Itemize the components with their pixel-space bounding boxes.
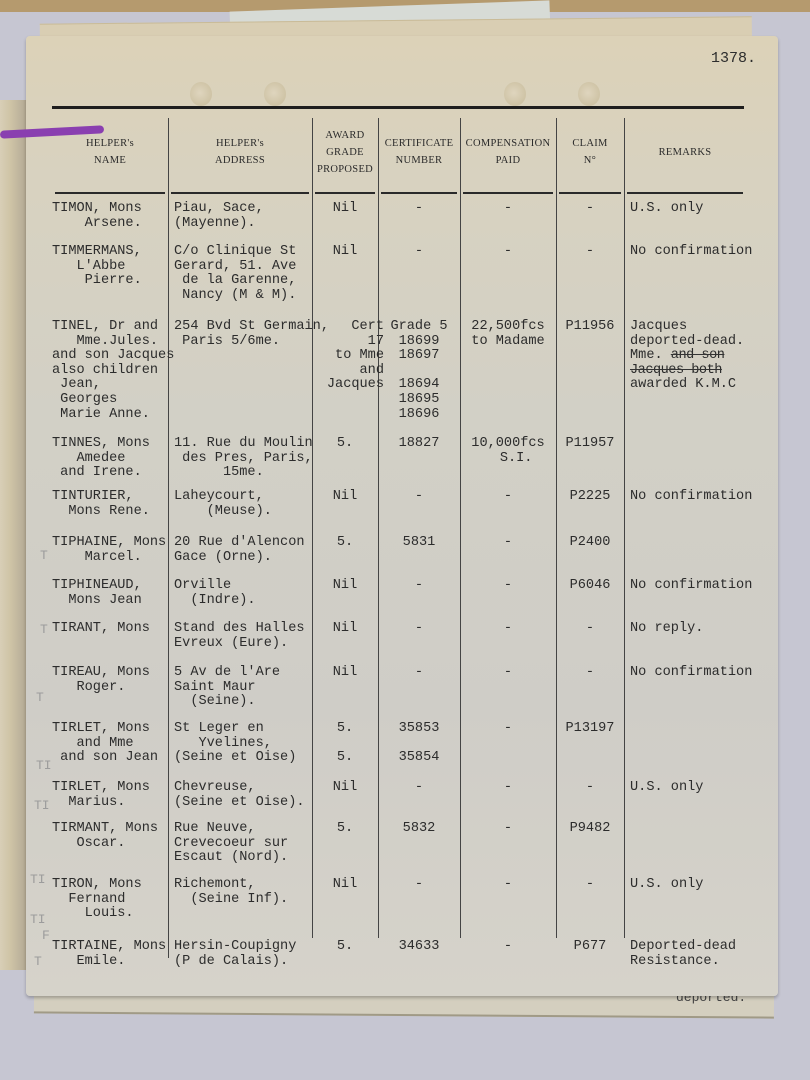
margin-fragment: T [40,622,48,637]
column-header-line: ADDRESS [168,152,312,169]
row-0-certificate: - [378,202,460,217]
column-header-line: REMARKS [624,144,746,161]
row-8-certificate: - [378,666,460,681]
row-8-claim: - [556,666,624,681]
column-header-address: HELPER'sADDRESS [168,112,312,192]
remarks-line: Mme. and son [630,349,744,364]
row-10-name: TIRLET, Mons Marius. [52,781,150,810]
row-0-grade: Nil [312,202,378,217]
row-8-remarks: No confirmation [630,666,752,681]
row-0-name: TIMON, Mons Arsene. [52,202,142,231]
margin-fragment: TI [30,872,46,887]
column-divider [556,118,557,938]
row-1-address: C/o Clinique St Gerard, 51. Ave de la Ga… [174,245,296,303]
header-underline [55,192,165,194]
row-11-compensation: - [460,822,556,837]
row-4-name: TINTURIER, Mons Rene. [52,490,150,519]
header-underline [559,192,621,194]
column-header-line: HELPER's [168,135,312,152]
margin-fragment: F [42,928,50,943]
row-11-name: TIRMANT, Mons Oscar. [52,822,158,851]
column-header-grade: AWARDGRADEPROPOSED [312,112,378,192]
page-number: 1378. [711,50,756,67]
column-header-line: CLAIM [556,135,624,152]
column-header-line: PROPOSED [312,161,378,178]
row-12-remarks: U.S. only [630,878,703,893]
row-1-grade: Nil [312,245,378,260]
row-8-grade: Nil [312,666,378,681]
remarks-line: deported-dead. [630,335,744,350]
punch-hole [578,82,600,106]
column-header-line: PAID [460,152,556,169]
row-1-remarks: No confirmation [630,245,752,260]
row-2-name: TINEL, Dr and Mme.Jules. and son Jacques… [52,320,174,422]
column-header-line: GRADE [312,144,378,161]
row-11-claim: P9482 [556,822,624,837]
row-11-grade: 5. [312,822,378,837]
row-10-grade: Nil [312,781,378,796]
row-13-grade: 5. [312,940,378,955]
column-header-line: AWARD [312,127,378,144]
row-7-claim: - [556,622,624,637]
row-0-remarks: U.S. only [630,202,703,217]
row-5-certificate: 5831 [378,536,460,551]
row-11-address: Rue Neuve, Crevecoeur sur Escaut (Nord). [174,822,288,866]
row-2-grade: Cert 17 to Mme and Jacques [312,320,384,393]
row-10-remarks: U.S. only [630,781,703,796]
column-header-line: HELPER's [52,135,168,152]
row-4-claim: P2225 [556,490,624,505]
column-divider [378,118,379,938]
column-header-compensation: COMPENSATIONPAID [460,112,556,192]
row-8-compensation: - [460,666,556,681]
row-7-compensation: - [460,622,556,637]
row-3-certificate: 18827 [378,437,460,452]
header-underline [463,192,553,194]
row-12-certificate: - [378,878,460,893]
column-divider [624,118,625,938]
row-12-compensation: - [460,878,556,893]
column-header-claim: CLAIMN° [556,112,624,192]
row-7-grade: Nil [312,622,378,637]
row-6-name: TIPHINEAUD, Mons Jean [52,579,142,608]
column-header-certificate: CERTIFICATENUMBER [378,112,460,192]
row-3-grade: 5. [312,437,378,452]
row-6-certificate: - [378,579,460,594]
row-0-address: Piau, Sace, (Mayenne). [174,202,264,231]
row-2-certificate: Grade 5 18699 18697 18694 18695 18696 [378,320,460,422]
row-4-certificate: - [378,490,460,505]
row-2-remarks: Jacquesdeported-dead.Mme. and sonJacques… [630,320,744,393]
header-underline [627,192,743,194]
margin-fragment: TI [36,758,52,773]
row-2-compensation: 22,500fcs to Madame [460,320,556,349]
row-10-compensation: - [460,781,556,796]
row-5-name: TIPHAINE, Mons Marcel. [52,536,166,565]
row-5-address: 20 Rue d'Alencon Gace (Orne). [174,536,305,565]
row-12-claim: - [556,878,624,893]
row-4-compensation: - [460,490,556,505]
column-header-line: CERTIFICATE [378,135,460,152]
row-9-address: St Leger en Yvelines, (Seine et Oise) [174,722,296,766]
row-1-compensation: - [460,245,556,260]
row-8-address: 5 Av de l'Are Saint Maur (Seine). [174,666,280,710]
row-13-name: TIRTAINE, Mons Emile. [52,940,166,969]
punch-hole [190,82,212,106]
margin-fragment: TI [34,798,50,813]
row-4-remarks: No confirmation [630,490,752,505]
row-10-address: Chevreuse, (Seine et Oise). [174,781,305,810]
row-2-claim: P11956 [556,320,624,335]
row-7-name: TIRANT, Mons [52,622,150,637]
header-underline [315,192,375,194]
row-3-address: 11. Rue du Moulin des Pres, Paris, 15me. [174,437,313,481]
row-9-claim: P13197 [556,722,624,737]
column-header-line: COMPENSATION [460,135,556,152]
row-6-address: Orville (Indre). [174,579,256,608]
column-header-line: NUMBER [378,152,460,169]
row-13-compensation: - [460,940,556,955]
margin-fragment: T [40,548,48,563]
row-6-grade: Nil [312,579,378,594]
row-11-certificate: 5832 [378,822,460,837]
punch-hole [504,82,526,106]
row-3-compensation: 10,000fcs S.I. [460,437,556,466]
row-0-compensation: - [460,202,556,217]
column-divider [312,118,313,938]
row-4-address: Laheycourt, (Meuse). [174,490,272,519]
row-1-certificate: - [378,245,460,260]
row-5-claim: P2400 [556,536,624,551]
column-header-line: NAME [52,152,168,169]
margin-fragment: T [34,954,42,969]
row-6-claim: P6046 [556,579,624,594]
column-header-name: HELPER'sNAME [52,112,168,192]
row-10-claim: - [556,781,624,796]
remarks-line: awarded K.M.C [630,378,744,393]
row-9-grade: 5. 5. [312,722,378,766]
row-13-certificate: 34633 [378,940,460,955]
row-3-name: TINNES, Mons Amedee and Irene. [52,437,150,481]
row-2-address: 254 Bvd St Germain, Paris 5/6me. [174,320,329,349]
row-7-certificate: - [378,622,460,637]
column-header-remarks: REMARKS [624,112,746,192]
row-3-claim: P11957 [556,437,624,452]
row-9-certificate: 35853 35854 [378,722,460,766]
margin-fragment: TI [30,912,46,927]
row-6-remarks: No confirmation [630,579,752,594]
header-underline [171,192,309,194]
margin-fragment: T [36,690,44,705]
row-13-remarks: Deported-dead Resistance. [630,940,736,969]
row-1-name: TIMMERMANS, L'Abbe Pierre. [52,245,142,289]
column-divider [460,118,461,938]
row-5-compensation: - [460,536,556,551]
row-5-grade: 5. [312,536,378,551]
row-13-claim: P677 [556,940,624,955]
row-0-claim: - [556,202,624,217]
row-10-certificate: - [378,781,460,796]
column-header-line: N° [556,152,624,169]
row-9-compensation: - [460,722,556,737]
row-6-compensation: - [460,579,556,594]
punch-hole [264,82,286,106]
column-divider [168,118,169,958]
header-underline [381,192,457,194]
row-4-grade: Nil [312,490,378,505]
row-1-claim: - [556,245,624,260]
remarks-line: Jacques both [630,364,744,379]
row-7-address: Stand des Halles Evreux (Eure). [174,622,305,651]
row-12-name: TIRON, Mons Fernand Louis. [52,878,142,922]
row-13-address: Hersin-Coupigny (P de Calais). [174,940,296,969]
row-8-name: TIREAU, Mons Roger. [52,666,150,695]
row-12-grade: Nil [312,878,378,893]
table-top-rule [52,106,744,109]
row-7-remarks: No reply. [630,622,703,637]
remarks-line: Jacques [630,320,744,335]
row-12-address: Richemont, (Seine Inf). [174,878,288,907]
row-9-name: TIRLET, Mons and Mme and son Jean [52,722,158,766]
